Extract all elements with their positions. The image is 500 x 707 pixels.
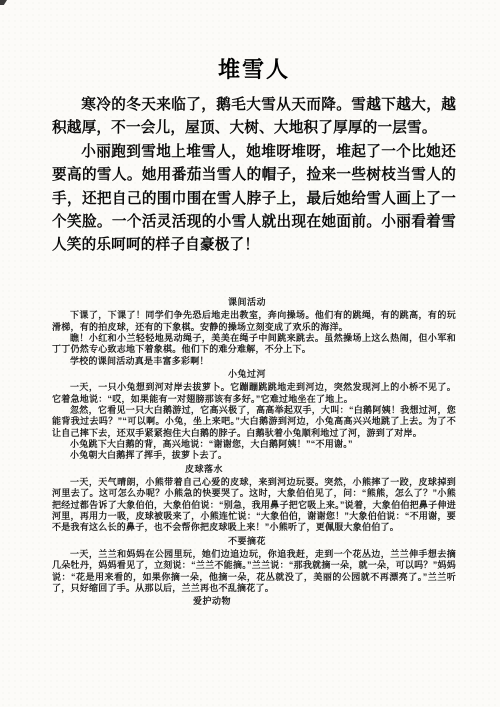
main-story: 寒冷的冬天来临了，鹅毛大雪从天而降。雪越下越大，越积越厚，不一会儿，屋顶、大树、… bbox=[52, 94, 456, 258]
essay-paragraph: 小兔朝大白鹅挥了挥手，拔萝卜去了。 bbox=[52, 450, 456, 461]
essay-paragraph: 一天，天气晴朗，小熊带着自己心爱的皮球，来到河边玩耍。突然，小熊摔了一跤，皮球掉… bbox=[52, 477, 456, 534]
section-heading-rabbit-crosses-river: 小兔过河 bbox=[52, 369, 456, 380]
essay-paragraph: 学校的课间活动真是丰富多彩啊！ bbox=[52, 356, 456, 367]
essay-paragraph: 瞧！小红和小兰轻轻地晃动绳子，美美在绳子中间跳来跳去。虽然操场上这么热闹，但小军… bbox=[52, 333, 456, 356]
essay-paragraph: 一天，兰兰和妈妈在公园里玩，她们边追边玩，你追我赶，走到一个花丛边，兰兰伸手想去… bbox=[52, 549, 456, 594]
essay-paragraph: 小兔跳下大白鹅的背，高兴地说：“谢谢您，大白鹅阿姨！”“不用谢。” bbox=[52, 439, 456, 450]
essay-paragraph: 一天，一只小兔想到河对岸去拔萝卜。它蹦蹦跳跳地走到河边，突然发现河上的小桥不见了… bbox=[52, 382, 456, 405]
section-heading-dont-pick-flowers: 不要摘花 bbox=[52, 536, 456, 547]
document-page: 堆雪人 寒冷的冬天来临了，鹅毛大雪从天而降。雪越下越大，越积越厚，不一会儿，屋顶… bbox=[0, 0, 500, 707]
section-heading-ball-falls-in-water: 皮球落水 bbox=[52, 464, 456, 475]
section-heading-recess-activities: 课间活动 bbox=[52, 297, 456, 308]
section-heading-protect-animals: 爱护动物 bbox=[52, 596, 456, 607]
main-paragraph-1: 寒冷的冬天来临了，鹅毛大雪从天而降。雪越下越大，越积越厚，不一会儿，屋顶、大树、… bbox=[52, 94, 456, 141]
essay-paragraph: 忽然，它看见一只大白鹅游过，它高兴极了，高高举起双手，大叫：“白鹅阿姨！我想过河… bbox=[52, 405, 456, 439]
main-paragraph-2: 小丽跑到雪地上堆雪人，她堆呀堆呀，堆起了一个比她还要高的雪人。她用番茄当雪人的帽… bbox=[52, 141, 456, 258]
essay-paragraph: 下课了，下课了！同学们争先恐后地走出教室，奔向操场。他们有的跳绳，有的跳高，有的… bbox=[52, 310, 456, 333]
document-title: 堆雪人 bbox=[52, 57, 456, 83]
essay-collection: 课间活动 下课了，下课了！同学们争先恐后地走出教室，奔向操场。他们有的跳绳，有的… bbox=[52, 297, 456, 608]
